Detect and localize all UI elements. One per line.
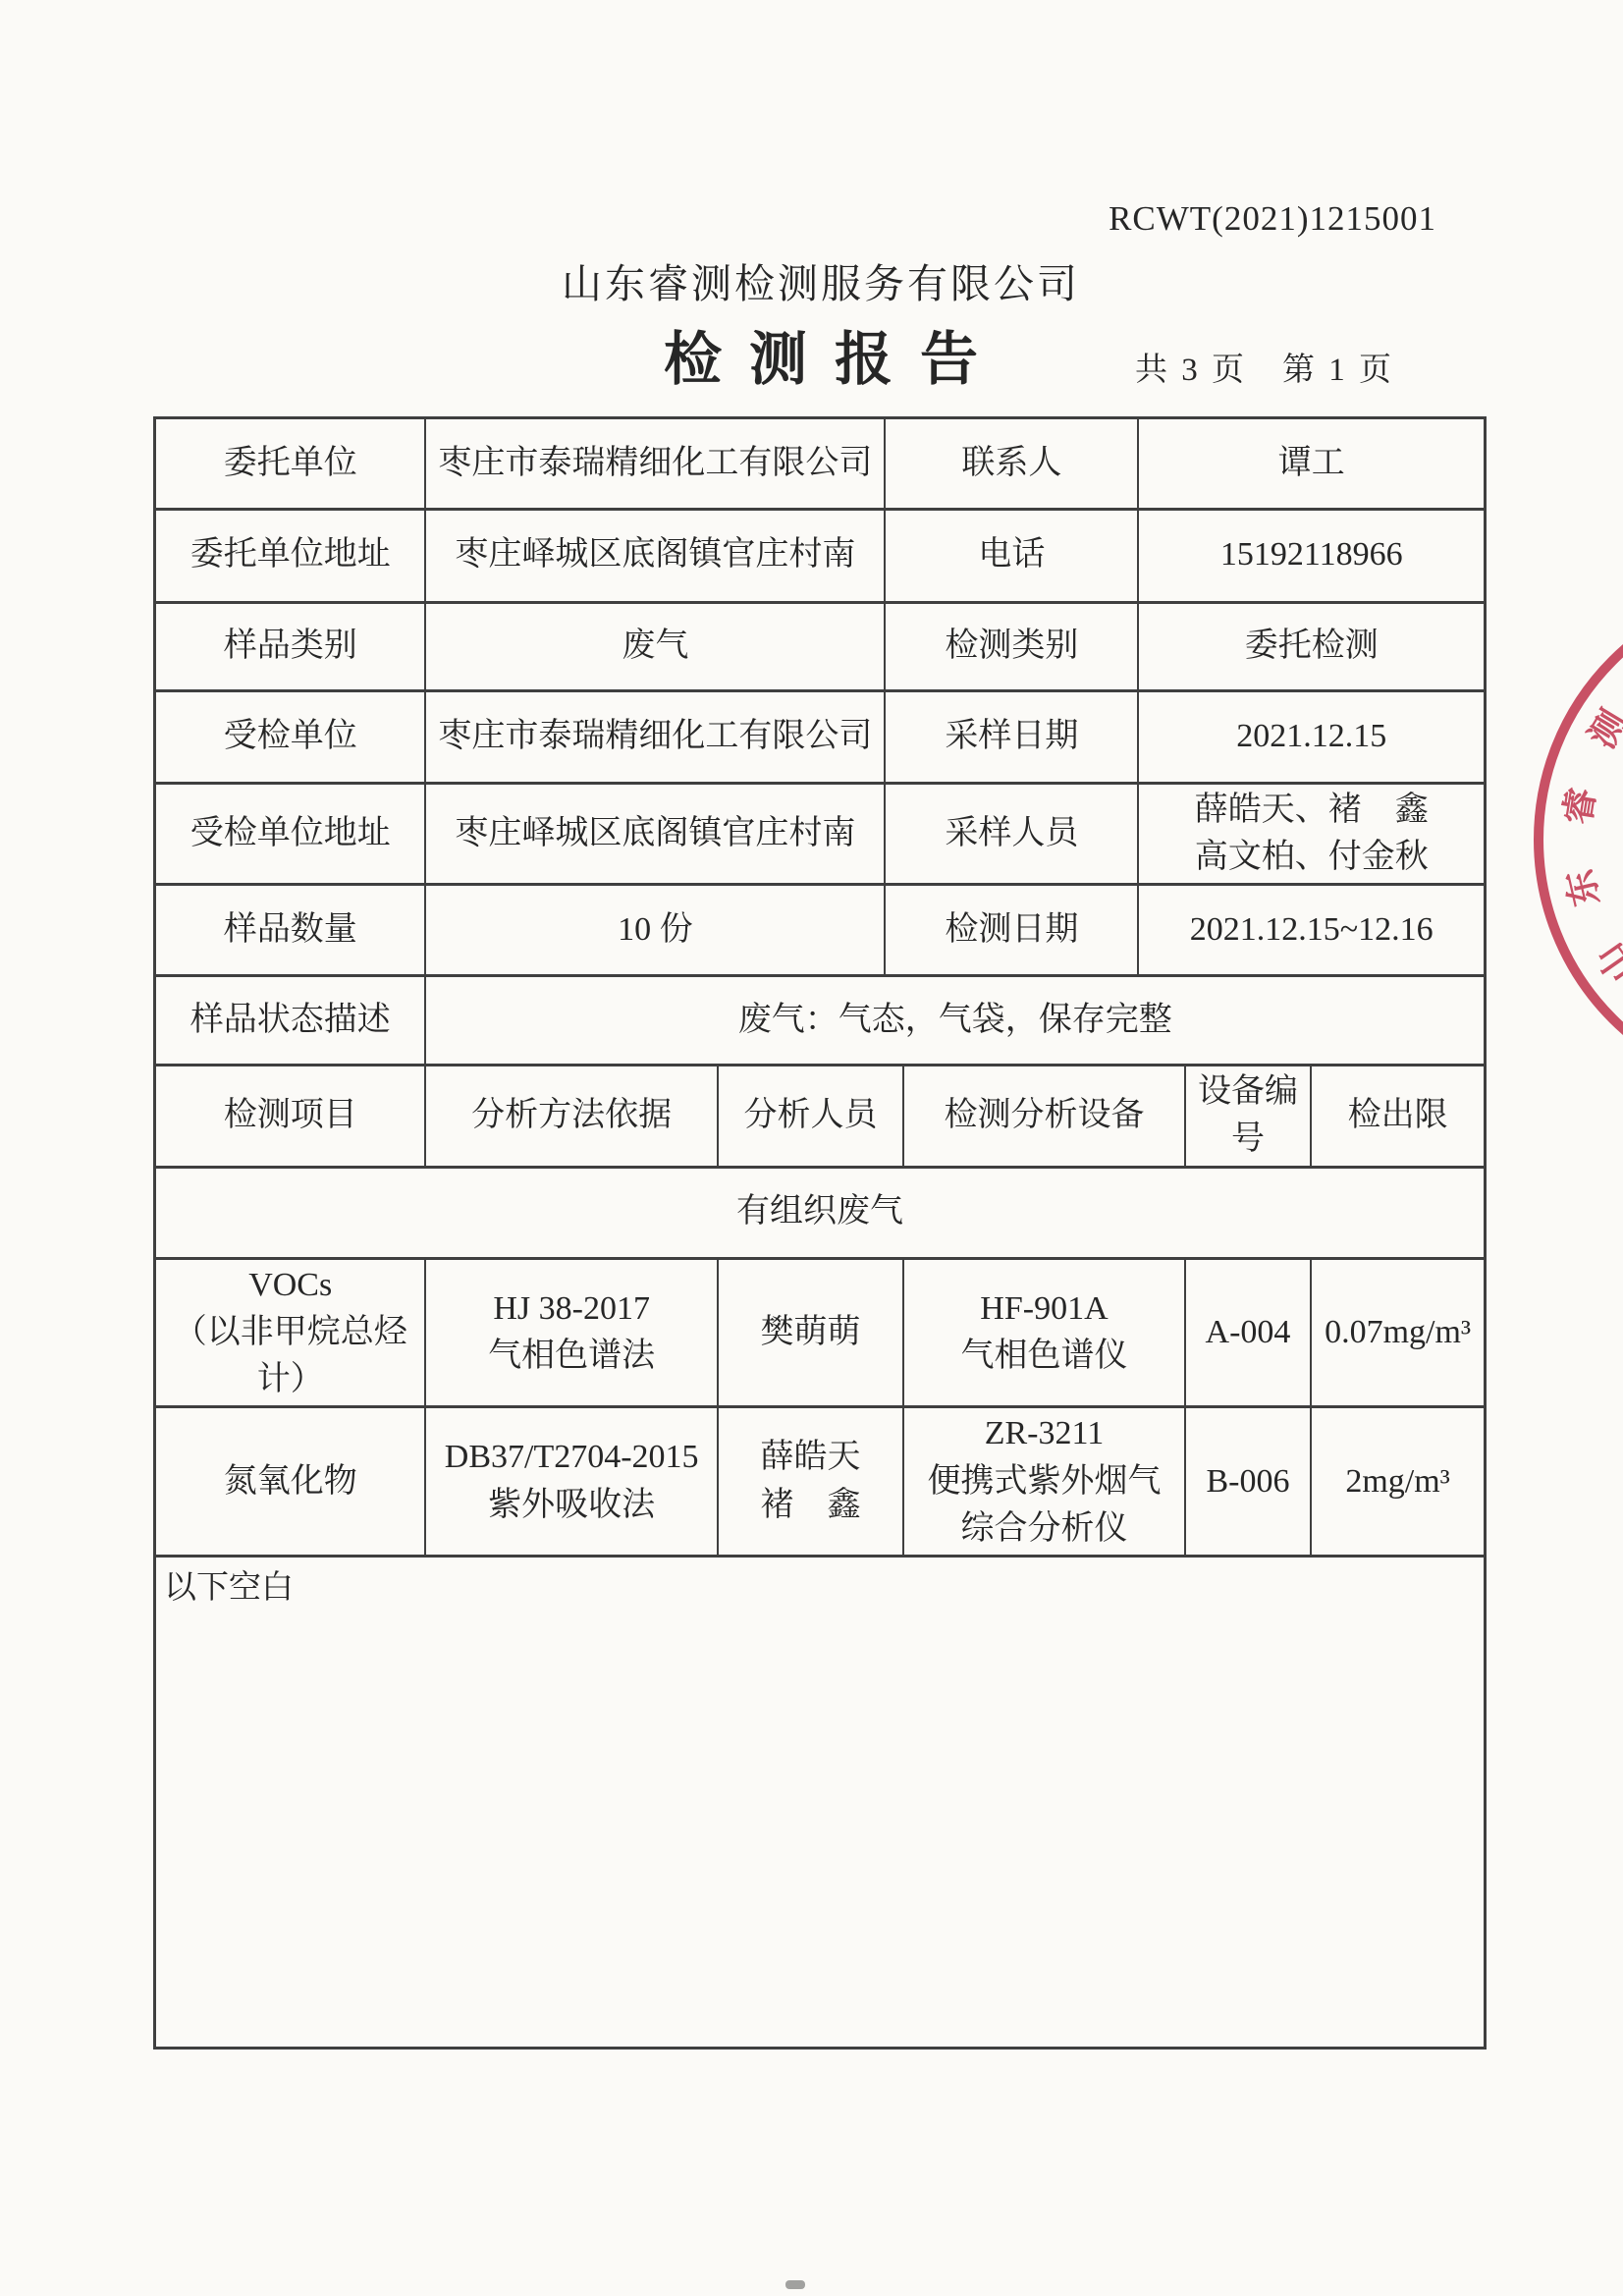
sample-state-row: 样品状态描述 废气：气态，气袋，保存完整 (156, 976, 1484, 1066)
info-value-cell: 枣庄市泰瑞精细化工有限公司 (425, 419, 885, 509)
info-value-cell: 15192118966 (1138, 509, 1484, 602)
info-label-cell: 受检单位地址 (156, 783, 425, 885)
page-count: 共 3 页 第 1 页 (1135, 344, 1394, 390)
info-label-cell: 采样人员 (885, 783, 1138, 885)
blank-remainder-note: 以下空白 (156, 1558, 1484, 2047)
scan-speck (785, 2280, 805, 2289)
detection-limit-cell: 0.07mg/m³ (1311, 1258, 1484, 1407)
info-value-cell: 委托检测 (1138, 602, 1484, 690)
info-label-cell: 样品类别 (156, 602, 425, 690)
info-row: 受检单位 枣庄市泰瑞精细化工有限公司 采样日期 2021.12.15 (156, 690, 1484, 783)
info-label-cell: 电话 (885, 509, 1138, 602)
equipment-no-cell: A-004 (1185, 1258, 1311, 1407)
col-header-detection-limit: 检出限 (1311, 1066, 1484, 1167)
detection-limit-cell: 2mg/m³ (1311, 1407, 1484, 1557)
info-label-cell: 样品状态描述 (156, 976, 425, 1066)
item-cell: VOCs （以非甲烷总烃计） (156, 1258, 425, 1407)
company-name: 山东睿测检测服务有限公司 (154, 251, 1488, 309)
section-row: 有组织废气 (156, 1167, 1484, 1258)
info-label-cell: 联系人 (885, 419, 1138, 509)
report-page: RCWT(2021)1215001 山东睿测检测服务有限公司 检测报告 共 3 … (0, 0, 1623, 2296)
info-label-cell: 受检单位 (156, 690, 425, 783)
info-value-cell: 薛皓天、褚 鑫 高文柏、付金秋 (1138, 783, 1484, 885)
report-table: 委托单位 枣庄市泰瑞精细化工有限公司 联系人 谭工 委托单位地址 枣庄峄城区底阁… (153, 416, 1487, 2050)
info-label-cell: 检测日期 (885, 885, 1138, 976)
method-row-vocs: VOCs （以非甲烷总烃计） HJ 38-2017 气相色谱法 樊萌萌 HF-9… (156, 1258, 1484, 1407)
info-row: 委托单位 枣庄市泰瑞精细化工有限公司 联系人 谭工 (156, 419, 1484, 509)
col-header-method: 分析方法依据 (425, 1066, 717, 1167)
info-value-cell: 2021.12.15 (1138, 690, 1484, 783)
info-row: 样品数量 10 份 检测日期 2021.12.15~12.16 (156, 885, 1484, 976)
col-header-equipment-no: 设备编号 (1185, 1066, 1311, 1167)
info-value-cell: 枣庄峄城区底阁镇官庄村南 (425, 509, 885, 602)
report-number: RCWT(2021)1215001 (1109, 199, 1436, 239)
info-label-cell: 样品数量 (156, 885, 425, 976)
info-label-cell: 委托单位地址 (156, 509, 425, 602)
info-value-cell: 枣庄市泰瑞精细化工有限公司 (425, 690, 885, 783)
col-header-item: 检测项目 (156, 1066, 425, 1167)
info-row: 受检单位地址 枣庄峄城区底阁镇官庄村南 采样人员 薛皓天、褚 鑫 高文柏、付金秋 (156, 783, 1484, 885)
methods-header-row: 检测项目 分析方法依据 分析人员 检测分析设备 设备编号 检出限 (156, 1066, 1484, 1167)
equipment-no-cell: B-006 (1185, 1407, 1311, 1557)
svg-text:东: 东 (1559, 865, 1606, 909)
info-row: 样品类别 废气 检测类别 委托检测 (156, 602, 1484, 690)
info-value-cell: 废气 (425, 602, 885, 690)
info-label-cell: 检测类别 (885, 602, 1138, 690)
item-cell: 氮氧化物 (156, 1407, 425, 1557)
info-value-cell: 谭工 (1138, 419, 1484, 509)
info-value-cell: 10 份 (425, 885, 885, 976)
svg-text:睿: 睿 (1557, 785, 1602, 827)
analyst-cell: 樊萌萌 (718, 1258, 903, 1407)
company-seal-stamp: 山 东 睿 测 检 测 服 务 有 限 公 司 (1473, 550, 1623, 1120)
info-label-cell: 委托单位 (156, 419, 425, 509)
method-row-nox: 氮氧化物 DB37/T2704-2015 紫外吸收法 薛皓天 褚 鑫 ZR-32… (156, 1407, 1484, 1557)
info-table: 委托单位 枣庄市泰瑞精细化工有限公司 联系人 谭工 委托单位地址 枣庄峄城区底阁… (156, 419, 1484, 1066)
svg-text:山: 山 (1590, 936, 1623, 989)
analyst-cell: 薛皓天 褚 鑫 (718, 1407, 903, 1557)
info-label-cell: 采样日期 (885, 690, 1138, 783)
info-row: 委托单位地址 枣庄峄城区底阁镇官庄村南 电话 15192118966 (156, 509, 1484, 602)
svg-text:测: 测 (1582, 703, 1623, 755)
info-value-cell: 2021.12.15~12.16 (1138, 885, 1484, 976)
method-cell: HJ 38-2017 气相色谱法 (425, 1258, 717, 1407)
info-value-cell: 枣庄峄城区底阁镇官庄村南 (425, 783, 885, 885)
section-title-cell: 有组织废气 (156, 1167, 1484, 1258)
equipment-cell: HF-901A 气相色谱仪 (903, 1258, 1185, 1407)
methods-table: 检测项目 分析方法依据 分析人员 检测分析设备 设备编号 检出限 有组织废气 V… (156, 1066, 1484, 1558)
col-header-equipment: 检测分析设备 (903, 1066, 1185, 1167)
equipment-cell: ZR-3211 便携式紫外烟气 综合分析仪 (903, 1407, 1185, 1557)
sample-state-value-cell: 废气：气态，气袋，保存完整 (425, 976, 1484, 1066)
method-cell: DB37/T2704-2015 紫外吸收法 (425, 1407, 717, 1557)
col-header-analyst: 分析人员 (718, 1066, 903, 1167)
